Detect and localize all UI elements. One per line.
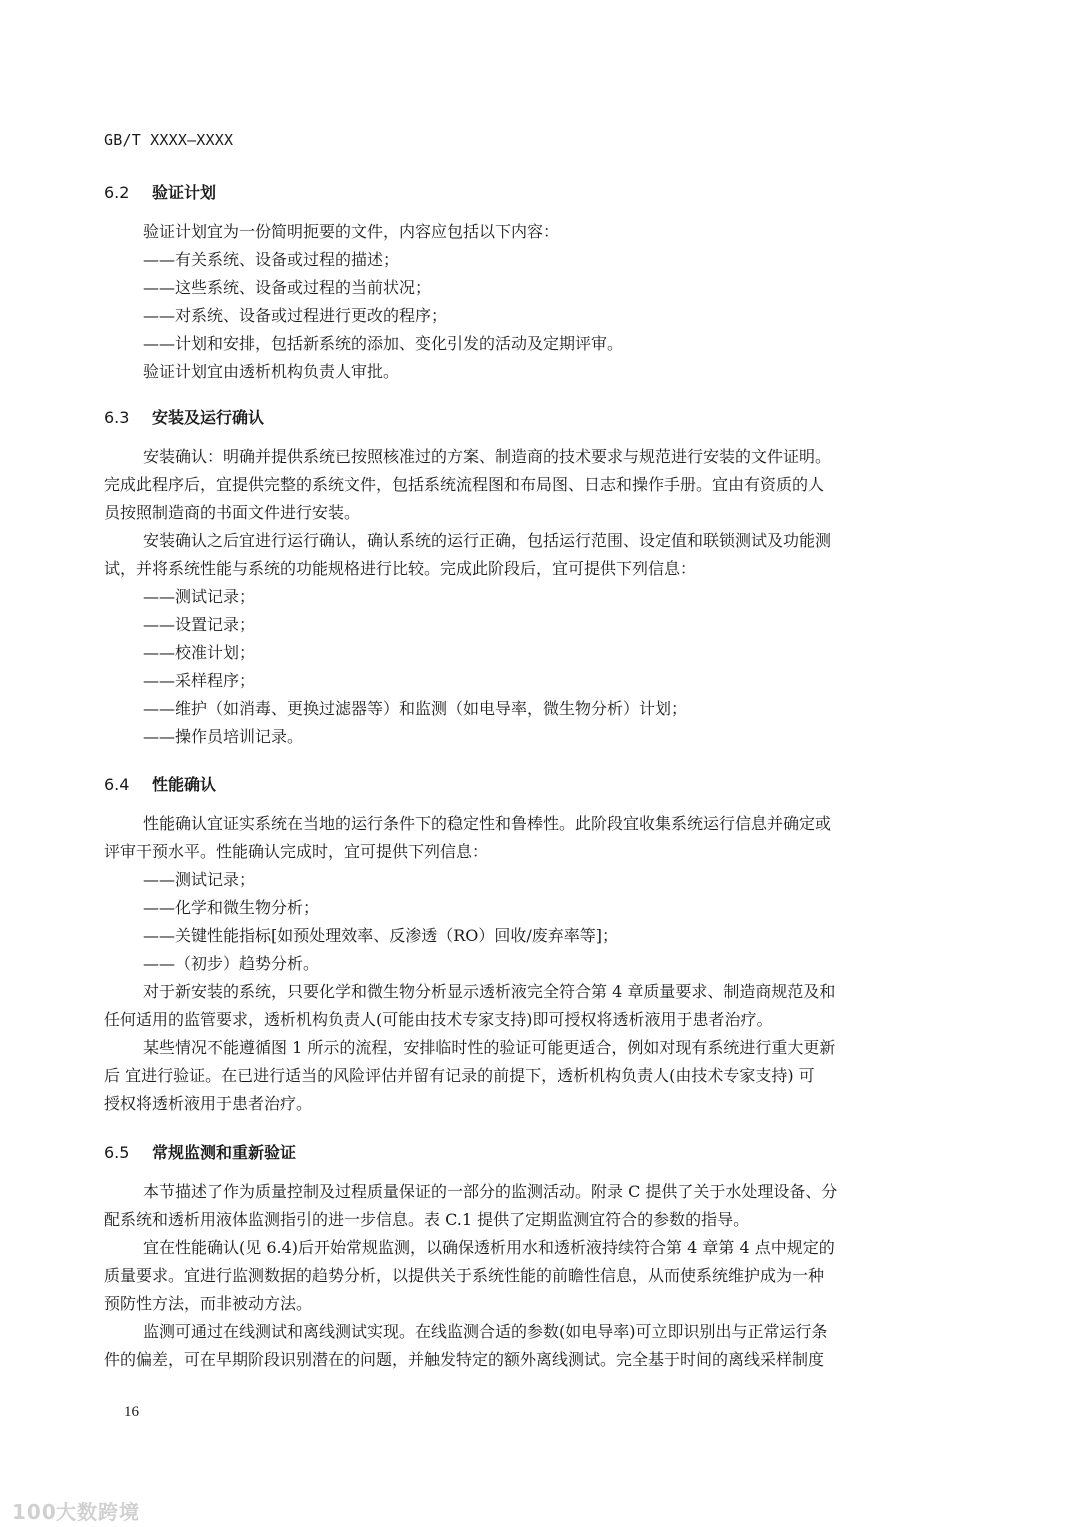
section-heading-6-5: 6.5常规监测和重新验证 [104, 1140, 296, 1163]
paragraph-line: 宜在性能确认(见 6.4)后开始常规监测，以确保透析用水和透析液持续符合第 4 … [143, 1238, 835, 1258]
paragraph-line: 安装确认之后宜进行运行确认，确认系统的运行正确，包括运行范围、设定值和联锁测试及… [143, 531, 831, 551]
section-number: 6.3 [104, 408, 152, 427]
list-item: ——校准计划； [143, 643, 255, 663]
paragraph-line: 监测可通过在线测试和离线测试实现。在线监测合适的参数(如电导率)可立即识别出与正… [143, 1322, 828, 1342]
paragraph-line: 质量要求。宜进行监测数据的趋势分析，以提供关于系统性能的前瞻性信息，从而使系统维… [104, 1266, 824, 1286]
list-item: ——设置记录； [143, 615, 255, 635]
list-item: ——测试记录； [143, 587, 255, 607]
list-item: ——测试记录； [143, 870, 255, 890]
list-item: ——化学和微生物分析； [143, 898, 319, 918]
standard-code: GB/T XXXX—XXXX [104, 131, 233, 149]
section-title: 性能确认 [152, 775, 216, 794]
paragraph-line: 评审干预水平。性能确认完成时，宜可提供下列信息： [104, 842, 488, 862]
section-heading-6-2: 6.2验证计划 [104, 180, 216, 203]
paragraph-line: 任何适用的监管要求，透析机构负责人(可能由技术专家支持)即可授权将透析液用于患者… [104, 1010, 773, 1030]
paragraph-line: 本节描述了作为质量控制及过程质量保证的一部分的监测活动。附录 C 提供了关于水处… [143, 1182, 837, 1202]
section-heading-6-3: 6.3安装及运行确认 [104, 405, 264, 428]
paragraph-line: 件的偏差，可在早期阶段识别潜在的问题，并触发特定的额外离线测试。完全基于时间的离… [104, 1350, 824, 1370]
list-item: ——有关系统、设备或过程的描述； [143, 250, 399, 270]
list-item: ——采样程序； [143, 671, 255, 691]
paragraph-line: 性能确认宜证实系统在当地的运行条件下的稳定性和鲁棒性。此阶段宜收集系统运行信息并… [143, 814, 831, 834]
list-item: ——对系统、设备或过程进行更改的程序； [143, 306, 447, 326]
list-item: ——维护（如消毒、更换过滤器等）和监测（如电导率，微生物分析）计划； [143, 699, 687, 719]
paragraph-line: 验证计划宜由透析机构负责人审批。 [143, 362, 399, 382]
section-number: 6.2 [104, 183, 152, 202]
paragraph-line: 对于新安装的系统，只要化学和微生物分析显示透析液完全符合第 4 章质量要求、制造… [143, 982, 835, 1002]
watermark-logo-icon: 100 [12, 1500, 56, 1524]
paragraph-line: 员按照制造商的书面文件进行安装。 [104, 503, 360, 523]
list-item: ——关键性能指标[如预处理效率、反渗透（RO）回收/废弃率等]； [143, 926, 618, 946]
paragraph-line: 试，并将系统性能与系统的功能规格进行比较。完成此阶段后，宜可提供下列信息： [104, 559, 696, 579]
section-number: 6.5 [104, 1143, 152, 1162]
paragraph-line: 安装确认：明确并提供系统已按照核准过的方案、制造商的技术要求与规范进行安装的文件… [143, 447, 831, 467]
paragraph-line: 验证计划宜为一份简明扼要的文件，内容应包括以下内容： [143, 222, 559, 242]
section-title: 验证计划 [152, 183, 216, 202]
list-item: ——计划和安排，包括新系统的添加、变化引发的活动及定期评审。 [143, 334, 623, 354]
list-item: ——操作员培训记录。 [143, 727, 303, 747]
section-title: 安装及运行确认 [152, 408, 264, 427]
section-heading-6-4: 6.4性能确认 [104, 772, 216, 795]
paragraph-line: 预防性方法，而非被动方法。 [104, 1294, 312, 1314]
section-title: 常规监测和重新验证 [152, 1143, 296, 1162]
list-item: ——（初步）趋势分析。 [143, 954, 319, 974]
watermark-text: 大数跨境 [56, 1500, 140, 1524]
list-item: ——这些系统、设备或过程的当前状况； [143, 278, 431, 298]
paragraph-line: 配系统和透析用液体监测指引的进一步信息。表 C.1 提供了定期监测宜符合的参数的… [104, 1210, 749, 1230]
document-page: GB/T XXXX—XXXX 6.2验证计划 验证计划宜为一份简明扼要的文件，内… [0, 0, 1080, 1527]
paragraph-line: 授权将透析液用于患者治疗。 [104, 1094, 312, 1114]
paragraph-line: 某些情况不能遵循图 1 所示的流程，安排临时性的验证可能更适合，例如对现有系统进… [143, 1038, 835, 1058]
watermark: 100大数跨境 [12, 1496, 140, 1525]
section-number: 6.4 [104, 775, 152, 794]
page-number: 16 [124, 1404, 139, 1421]
paragraph-line: 后 宜进行验证。在已进行适当的风险评估并留有记录的前提下，透析机构负责人(由技术… [104, 1066, 815, 1086]
paragraph-line: 完成此程序后，宜提供完整的系统文件，包括系统流程图和布局图、日志和操作手册。宜由… [104, 475, 824, 495]
